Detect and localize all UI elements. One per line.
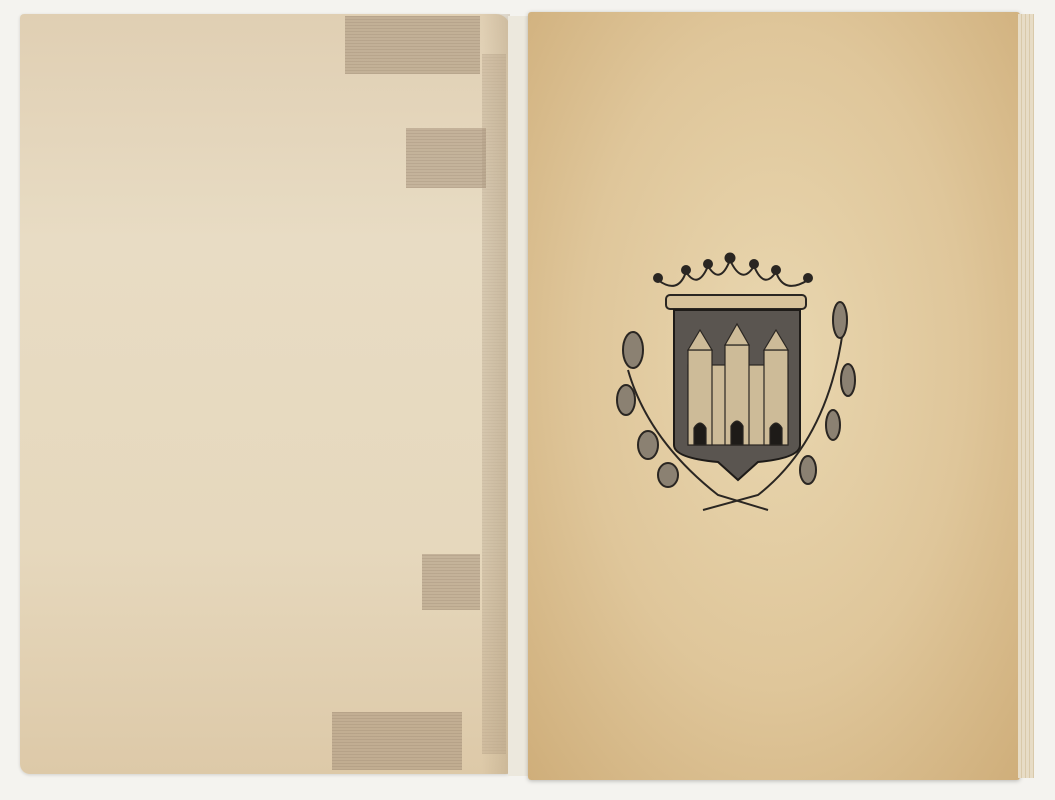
page-edges	[1018, 14, 1034, 778]
castle-icon	[688, 324, 788, 445]
tape-mark	[332, 712, 462, 770]
left-page	[20, 14, 510, 774]
tape-mark	[422, 554, 480, 610]
coat-of-arms-icon	[608, 240, 863, 525]
tape-mark	[345, 16, 480, 74]
tape-mark	[482, 54, 506, 754]
crown-icon	[654, 254, 812, 310]
book-gutter	[508, 16, 530, 776]
tape-mark	[406, 128, 486, 188]
right-page	[528, 12, 1020, 780]
